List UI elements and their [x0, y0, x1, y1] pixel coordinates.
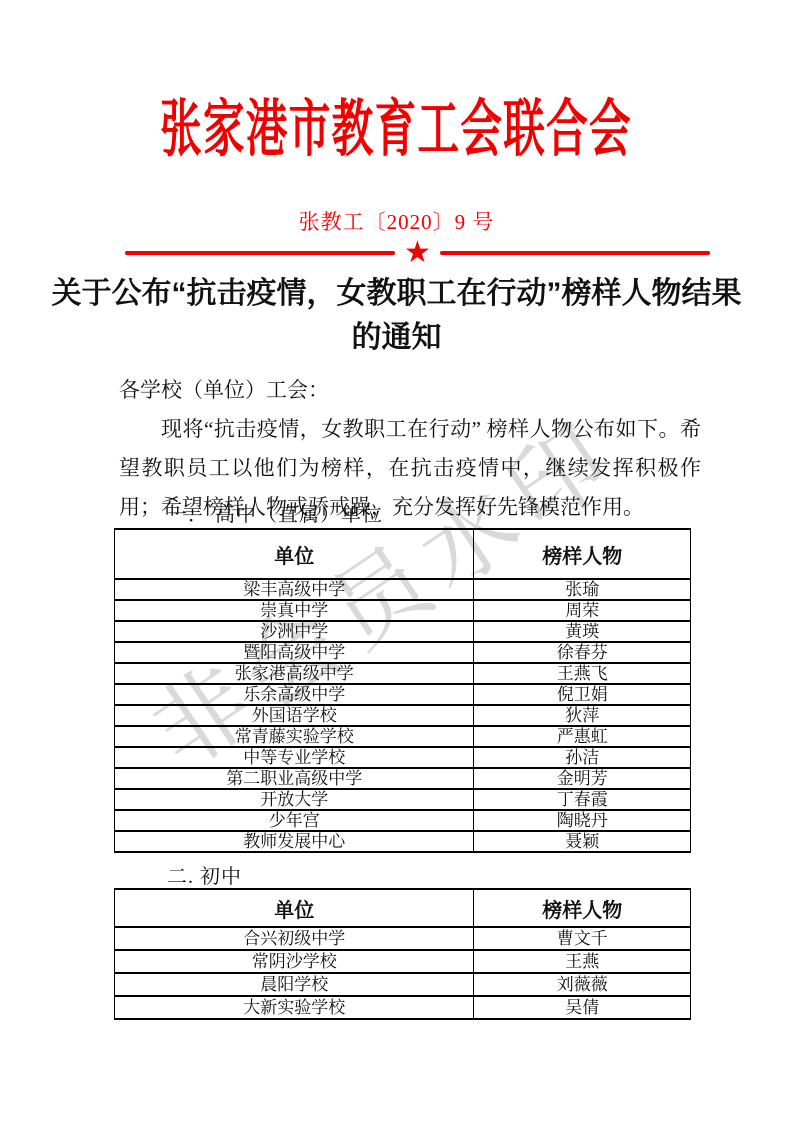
table-cell: 中等专业学校 [115, 747, 474, 768]
notice-title: 关于公布“抗击疫情，女教职工在行动”榜样人物结果 的通知 [0, 272, 793, 360]
letterhead-org-title-text: 张家港市教育工会联合会 [161, 92, 633, 168]
table-header-cell: 单位 [115, 889, 474, 927]
table-cell: 狄萍 [474, 705, 691, 726]
table-cell: 孙洁 [474, 747, 691, 768]
table-row: 梁丰高级中学张瑜 [115, 579, 691, 600]
table-cell: 梁丰高级中学 [115, 579, 474, 600]
table-cell: 聂颖 [474, 831, 691, 852]
table-cell: 王燕 [474, 950, 691, 973]
table-cell: 第二职业高级中学 [115, 768, 474, 789]
table-row: 乐余高级中学倪卫娟 [115, 684, 691, 705]
table-cell: 金明芳 [474, 768, 691, 789]
table-cell: 合兴初级中学 [115, 927, 474, 950]
table-row: 开放大学丁春霞 [115, 789, 691, 810]
table-row: 沙洲中学黄瑛 [115, 621, 691, 642]
section-heading-high-school: 一． 高中（直属）单位 [167, 498, 383, 527]
table-header-row: 单位榜样人物 [115, 889, 691, 927]
table-cell: 倪卫娟 [474, 684, 691, 705]
notice-title-line1: 关于公布“抗击疫情，女教职工在行动”榜样人物结果 [0, 272, 793, 316]
table-cell: 张家港高级中学 [115, 663, 474, 684]
table-cell: 严惠虹 [474, 726, 691, 747]
table-cell: 黄瑛 [474, 621, 691, 642]
high-school-roster-table: 单位榜样人物 梁丰高级中学张瑜崇真中学周荣沙洲中学黄瑛暨阳高级中学徐春芬张家港高… [114, 528, 691, 853]
table-row: 中等专业学校孙洁 [115, 747, 691, 768]
table-cell: 乐余高级中学 [115, 684, 474, 705]
table-row: 合兴初级中学曹文千 [115, 927, 691, 950]
table-row: 少年宫陶晓丹 [115, 810, 691, 831]
table-row: 大新实验学校吴倩 [115, 996, 691, 1019]
middle-school-roster-table: 单位榜样人物 合兴初级中学曹文千常阴沙学校王燕晨阳学校刘薇薇大新实验学校吴倩 [114, 888, 691, 1020]
table-cell: 晨阳学校 [115, 973, 474, 996]
table-row: 暨阳高级中学徐春芬 [115, 642, 691, 663]
divider-line-left [125, 251, 395, 255]
table-row: 张家港高级中学王燕飞 [115, 663, 691, 684]
official-document-page: 非会员水印 张家港市教育工会联合会 张教工〔2020〕9 号 ★ 关于公布“抗击… [0, 0, 793, 1122]
table-row: 教师发展中心聂颖 [115, 831, 691, 852]
table-header-row: 单位榜样人物 [115, 529, 691, 579]
table-cell: 丁春霞 [474, 789, 691, 810]
table-row: 第二职业高级中学金明芳 [115, 768, 691, 789]
table-cell: 崇真中学 [115, 600, 474, 621]
table-cell: 刘薇薇 [474, 973, 691, 996]
red-star-icon: ★ [395, 239, 440, 267]
table-cell: 外国语学校 [115, 705, 474, 726]
notice-title-line2: 的通知 [0, 316, 793, 360]
letterhead-divider: ★ [125, 239, 710, 267]
table-cell: 张瑜 [474, 579, 691, 600]
table-cell: 沙洲中学 [115, 621, 474, 642]
table-header-cell: 榜样人物 [474, 529, 691, 579]
table-cell: 开放大学 [115, 789, 474, 810]
table-row: 常阴沙学校王燕 [115, 950, 691, 973]
table-row: 常青藤实验学校严惠虹 [115, 726, 691, 747]
table-cell: 徐春芬 [474, 642, 691, 663]
table-header-cell: 榜样人物 [474, 889, 691, 927]
table-cell: 曹文千 [474, 927, 691, 950]
table-cell: 王燕飞 [474, 663, 691, 684]
table-cell: 大新实验学校 [115, 996, 474, 1019]
salutation: 各学校（单位）工会： [119, 371, 701, 410]
table-cell: 陶晓丹 [474, 810, 691, 831]
table-cell: 周荣 [474, 600, 691, 621]
table-header-cell: 单位 [115, 529, 474, 579]
table-cell: 常青藤实验学校 [115, 726, 474, 747]
document-number: 张教工〔2020〕9 号 [0, 206, 793, 236]
table-cell: 暨阳高级中学 [115, 642, 474, 663]
table-cell: 教师发展中心 [115, 831, 474, 852]
table-row: 外国语学校狄萍 [115, 705, 691, 726]
letterhead-org-title: 张家港市教育工会联合会 [0, 92, 793, 168]
table-row: 晨阳学校刘薇薇 [115, 973, 691, 996]
table-cell: 常阴沙学校 [115, 950, 474, 973]
table-row: 崇真中学周荣 [115, 600, 691, 621]
divider-line-right [440, 251, 710, 255]
table-cell: 少年宫 [115, 810, 474, 831]
table-cell: 吴倩 [474, 996, 691, 1019]
section-heading-middle-school: 二. 初中 [167, 860, 242, 889]
